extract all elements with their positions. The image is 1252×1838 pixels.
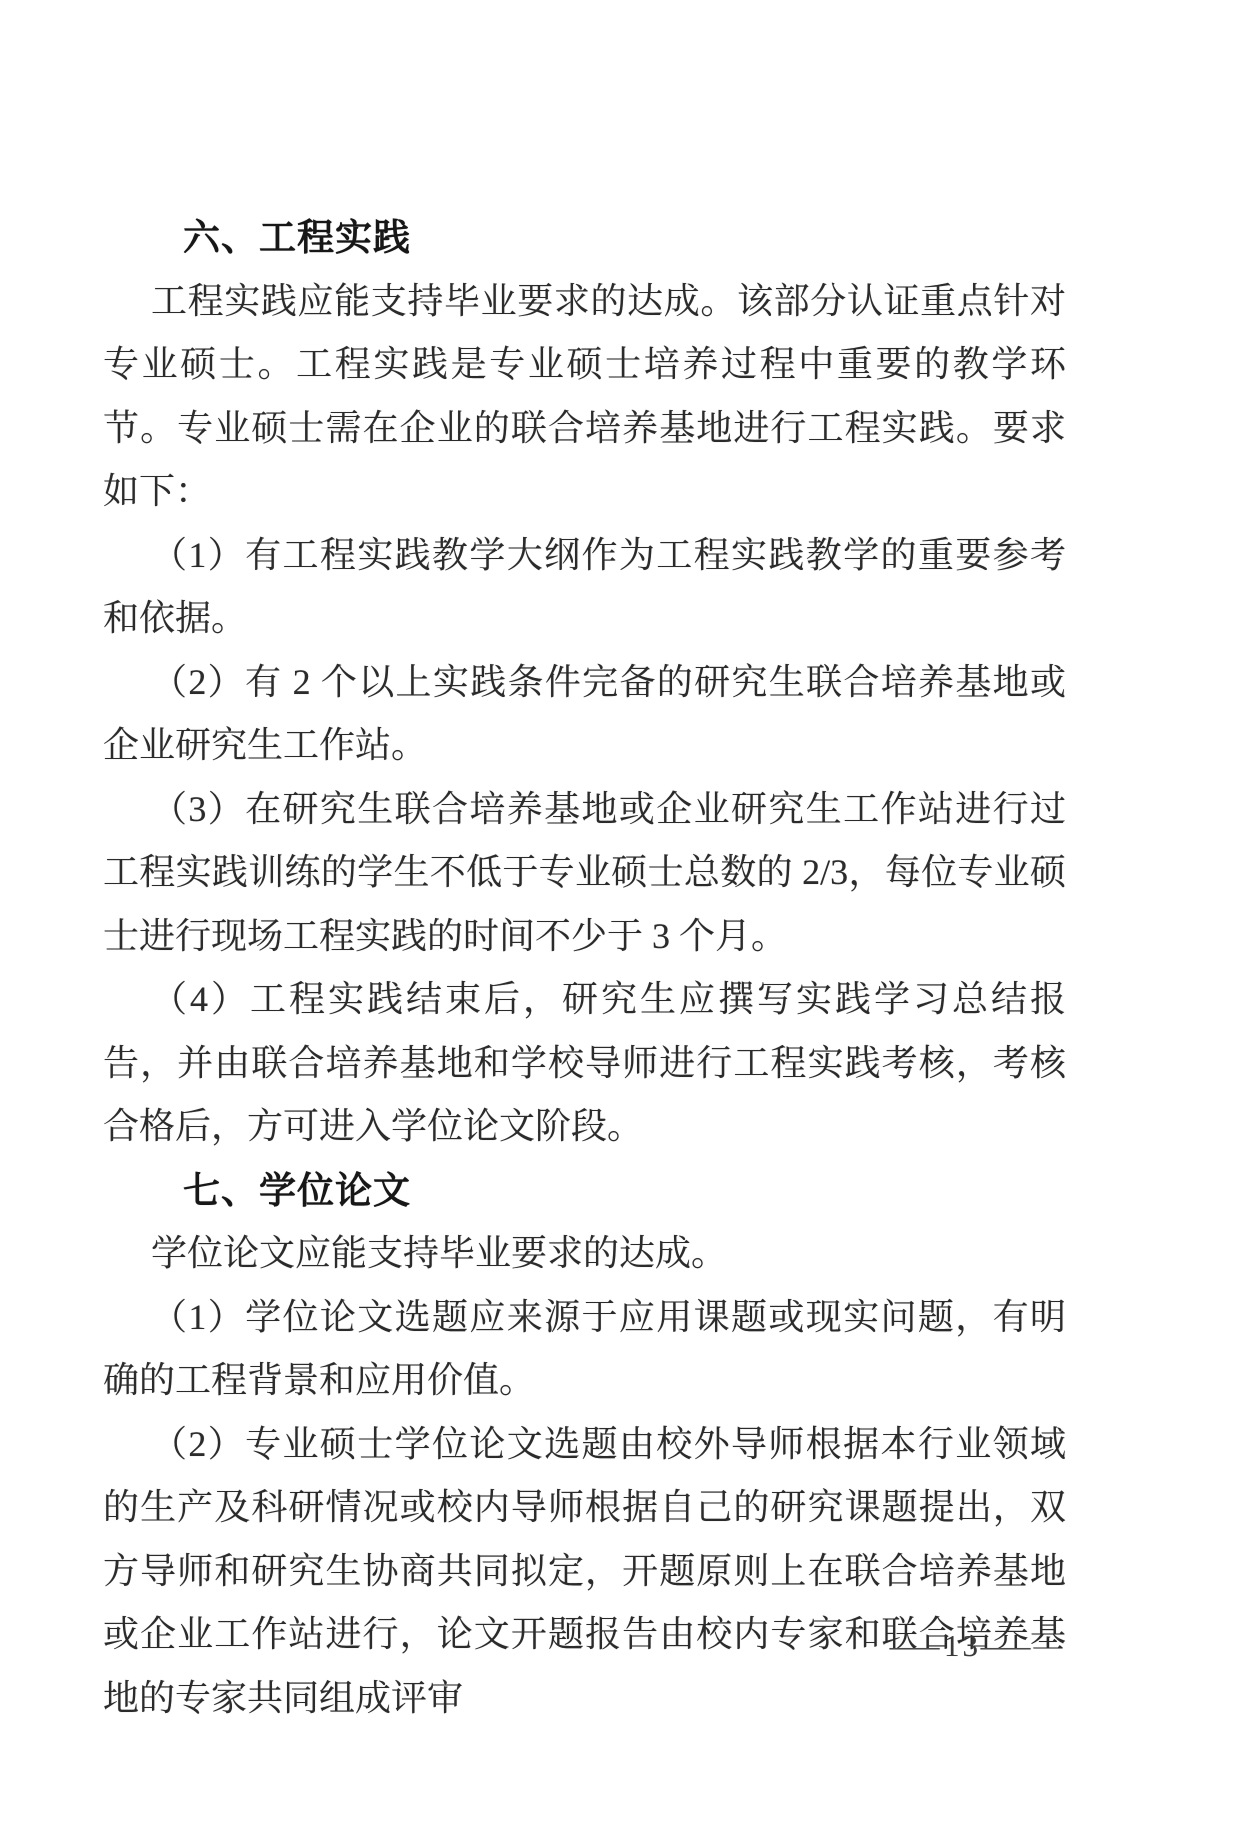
paragraph: （2）专业硕士学位论文选题由校外导师根据本行业领域的生产及科研情况或校内导师根据… (103, 1413, 1066, 1731)
document-text-block: 六、工程实践 工程实践应能支持毕业要求的达成。该部分认证重点针对专业硕士。工程实… (103, 206, 1066, 1730)
paragraph: （3）在研究生联合培养基地或企业研究生工作站进行过工程实践训练的学生不低于专业硕… (103, 778, 1066, 969)
scanned-document-page: 六、工程实践 工程实践应能支持毕业要求的达成。该部分认证重点针对专业硕士。工程实… (0, 0, 1252, 1838)
page-number: —13— (890, 1628, 1035, 1664)
paragraph: （1）有工程实践教学大纲作为工程实践教学的重要参考和依据。 (103, 524, 1066, 651)
section-heading-degree-thesis: 七、学位论文 (183, 1159, 1066, 1223)
paragraph: （1）学位论文选题应来源于应用课题或现实问题，有明确的工程背景和应用价值。 (103, 1286, 1066, 1413)
paragraph: （2）有 2 个以上实践条件完备的研究生联合培养基地或企业研究生工作站。 (103, 651, 1066, 778)
footer-left-dash: — (890, 1628, 944, 1664)
paragraph: （4）工程实践结束后，研究生应撰写实践学习总结报告，并由联合培养基地和学校导师进… (103, 968, 1066, 1159)
page-number-value: 13 (944, 1628, 981, 1663)
footer-right-dash: — (981, 1628, 1035, 1664)
section-heading-engineering-practice: 六、工程实践 (183, 206, 1066, 270)
paragraph: 学位论文应能支持毕业要求的达成。 (103, 1222, 1066, 1286)
paragraph: 工程实践应能支持毕业要求的达成。该部分认证重点针对专业硕士。工程实践是专业硕士培… (103, 270, 1066, 524)
